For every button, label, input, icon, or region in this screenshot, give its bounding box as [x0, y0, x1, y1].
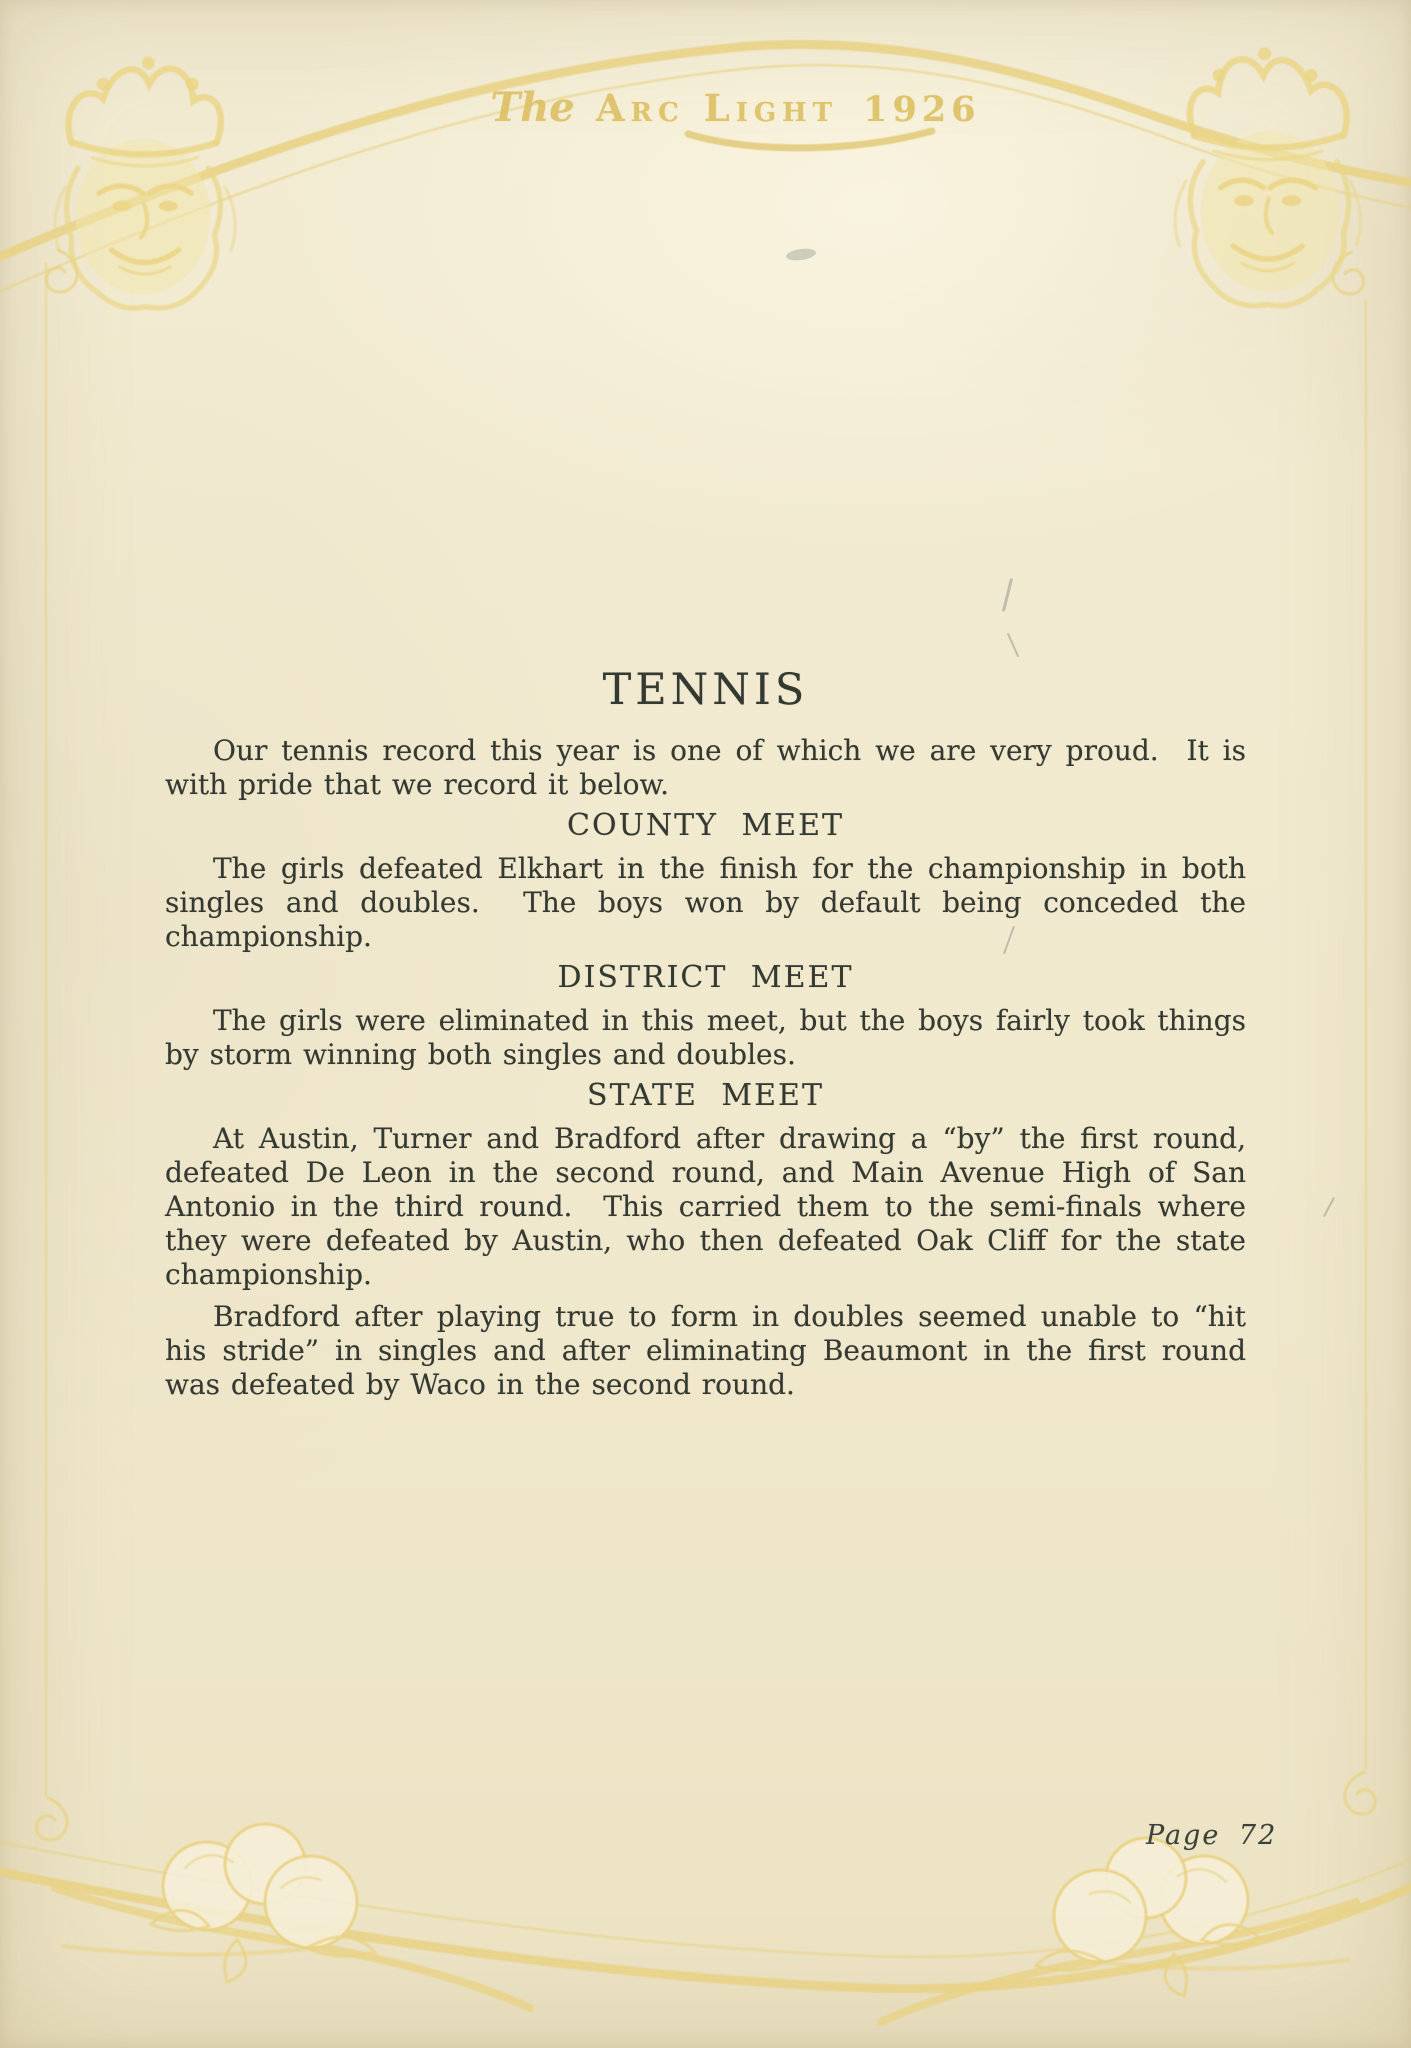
page-title: TENNIS [165, 668, 1246, 712]
section-heading-county-meet: COUNTY MEET [165, 810, 1246, 842]
yearbook-page-scan: The Arc Light 1926 TENNIS Our tennis rec… [0, 0, 1411, 2048]
jester-face-icon [55, 57, 235, 308]
cotton-boll-icon [55, 1824, 530, 2008]
article: TENNIS Our tennis record this year is on… [165, 668, 1246, 1410]
page-number: Page 72 [1146, 1820, 1277, 1851]
masthead-underline-swoosh [688, 131, 932, 148]
section-heading-state-meet: STATE MEET [165, 1080, 1246, 1112]
masthead-title: Arc Light [596, 86, 838, 130]
masthead: The Arc Light 1926 [490, 84, 980, 131]
top-border-swoosh [0, 44, 1411, 265]
state-meet-paragraph-2: Bradford after playing true to form in d… [165, 1300, 1246, 1402]
rule-curl-icon [1333, 252, 1364, 294]
rule-curl-icon [37, 1798, 68, 1840]
masthead-the: The [490, 84, 574, 131]
jester-face-icon [1175, 47, 1360, 306]
section-heading-district-meet: DISTRICT MEET [165, 962, 1246, 994]
county-meet-paragraph: The girls defeated Elkhart in the finish… [165, 852, 1246, 954]
district-meet-paragraph: The girls were eliminated in this meet, … [165, 1004, 1246, 1072]
intro-paragraph: Our tennis record this year is one of wh… [165, 734, 1246, 802]
state-meet-paragraph-1: At Austin, Turner and Bradford after dra… [165, 1122, 1246, 1292]
rule-curl-icon [1345, 1772, 1376, 1814]
masthead-year: 1926 [863, 89, 980, 130]
